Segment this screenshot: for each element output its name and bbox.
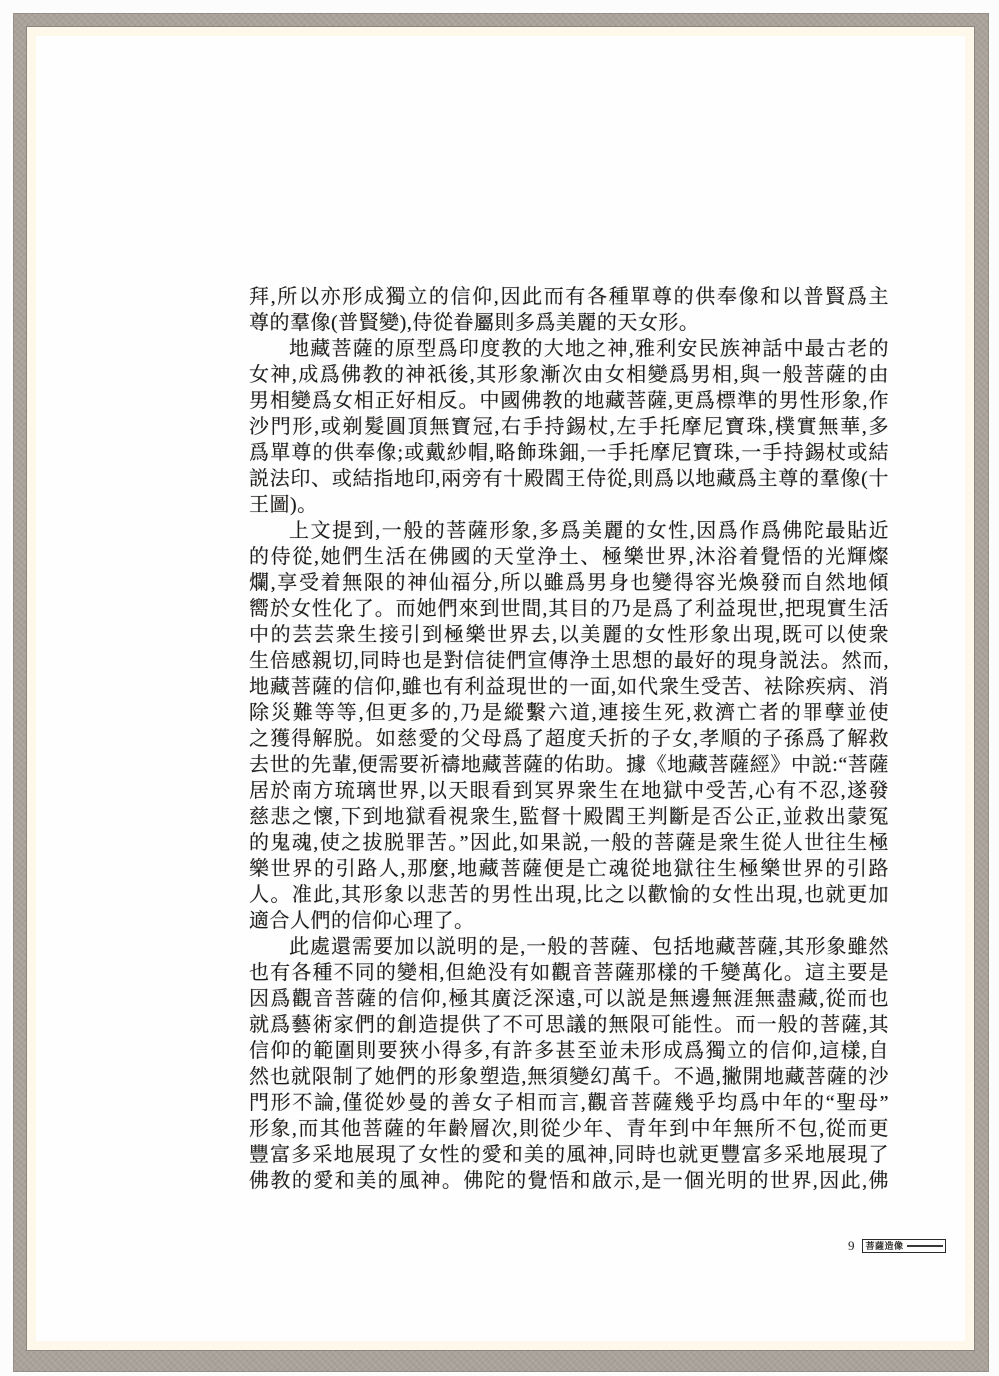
text-line: 説法印、或結指地印,兩旁有十殿閻王侍從,則爲以地藏爲主尊的羣像(十: [249, 466, 889, 492]
book-page: 拜,所以亦形成獨立的信仰,因此而有各種單尊的供奉像和以普賢爲主尊的羣像(普賢變)…: [36, 36, 965, 1341]
text-line: 此處還需要加以説明的是,一般的菩薩、包括地藏菩薩,其形象雖然: [249, 934, 889, 960]
running-title-box: 菩薩造像: [862, 1239, 947, 1253]
text-line: 地藏菩薩的信仰,雖也有利益現世的一面,如代衆生受苦、袪除疾病、消: [249, 674, 889, 700]
text-line: 信仰的範圍則要狹小得多,有許多甚至並未形成爲獨立的信仰,這樣,自: [249, 1038, 889, 1064]
text-line: 也有各種不同的變相,但絶没有如觀音菩薩那樣的千變萬化。這主要是: [249, 960, 889, 986]
text-line: 男相變爲女相正好相反。中國佛教的地藏菩薩,更爲標準的男性形象,作: [249, 388, 889, 414]
page-footer: 9 菩薩造像: [848, 1238, 946, 1254]
text-line: 沙門形,或剃髮圓頂無寶冠,右手持錫杖,左手托摩尼寶珠,樸實無華,多: [249, 414, 889, 440]
text-line: 慈悲之懷,下到地獄看視衆生,監督十殿閻王判斷是否公正,並救出蒙冤: [249, 804, 889, 830]
text-line: 居於南方琉璃世界,以天眼看到冥界衆生在地獄中受苦,心有不忍,遂發: [249, 778, 889, 804]
text-line: 生倍感親切,同時也是對信徒們宣傳浄土思想的最好的現身説法。然而,: [249, 648, 889, 674]
text-line: 因爲觀音菩薩的信仰,極其廣泛深遠,可以説是無邊無涯無盡藏,從而也: [249, 986, 889, 1012]
text-line: 然也就限制了她們的形象塑造,無須變幻萬千。不過,撇開地藏菩薩的沙: [249, 1064, 889, 1090]
text-line: 的鬼魂,使之拔脱罪苦。”因此,如果説,一般的菩薩是衆生從人世往生極: [249, 830, 889, 856]
inner-mat: 拜,所以亦形成獨立的信仰,因此而有各種單尊的供奉像和以普賢爲主尊的羣像(普賢變)…: [27, 27, 974, 1350]
text-line: 適合人們的信仰心理了。: [249, 908, 889, 934]
text-line: 王圖)。: [249, 492, 889, 518]
text-line: 女神,成爲佛教的神祇後,其形象漸次由女相變爲男相,與一般菩薩的由: [249, 362, 889, 388]
text-line: 上文提到,一般的菩薩形象,多爲美麗的女性,因爲作爲佛陀最貼近: [249, 518, 889, 544]
page-number: 9: [848, 1238, 855, 1254]
text-line: 爲單尊的供奉像;或戴紗帽,略飾珠鈿,一手托摩尼寶珠,一手持錫杖或結: [249, 440, 889, 466]
text-line: 之獲得解脱。如慈愛的父母爲了超度夭折的子女,孝順的子孫爲了解救: [249, 726, 889, 752]
text-line: 佛教的愛和美的風神。佛陀的覺悟和啟示,是一個光明的世界,因此,佛: [249, 1168, 889, 1194]
text-line: 的侍從,她們生活在佛國的天堂浄土、極樂世界,沐浴着覺悟的光輝燦: [249, 544, 889, 570]
text-line: 爛,享受着無限的神仙福分,所以雖爲男身也變得容光煥發而自然地傾: [249, 570, 889, 596]
text-line: 樂世界的引路人,那麼,地藏菩薩便是亡魂從地獄往生極樂世界的引路: [249, 856, 889, 882]
text-line: 就爲藝術家們的創造提供了不可思議的無限可能性。而一般的菩薩,其: [249, 1012, 889, 1038]
text-line: 拜,所以亦形成獨立的信仰,因此而有各種單尊的供奉像和以普賢爲主: [249, 284, 889, 310]
text-line: 豐富多采地展現了女性的愛和美的風神,同時也就更豐富多采地展現了: [249, 1142, 889, 1168]
text-line: 門形不論,僅從妙曼的善女子相而言,觀音菩薩幾乎均爲中年的“聖母”: [249, 1090, 889, 1116]
text-line: 中的芸芸衆生接引到極樂世界去,以美麗的女性形象出現,既可以使衆: [249, 622, 889, 648]
running-title: 菩薩造像: [866, 1242, 904, 1251]
text-line: 嚮於女性化了。而她們來到世間,其目的乃是爲了利益現世,把現實生活: [249, 596, 889, 622]
text-line: 地藏菩薩的原型爲印度教的大地之神,雅利安民族神話中最古老的: [249, 336, 889, 362]
paragraph: 上文提到,一般的菩薩形象,多爲美麗的女性,因爲作爲佛陀最貼近的侍從,她們生活在佛…: [249, 518, 889, 934]
decorative-border-frame: 拜,所以亦形成獨立的信仰,因此而有各種單尊的供奉像和以普賢爲主尊的羣像(普賢變)…: [13, 13, 989, 1372]
text-block: 拜,所以亦形成獨立的信仰,因此而有各種單尊的供奉像和以普賢爲主尊的羣像(普賢變)…: [249, 284, 889, 1194]
text-line: 尊的羣像(普賢變),侍從眷屬則多爲美麗的天女形。: [249, 310, 889, 336]
title-box-rule: [907, 1245, 943, 1247]
paragraph: 拜,所以亦形成獨立的信仰,因此而有各種單尊的供奉像和以普賢爲主尊的羣像(普賢變)…: [249, 284, 889, 336]
text-line: 去世的先輩,便需要祈禱地藏菩薩的佑助。據《地藏菩薩經》中説:“菩薩: [249, 752, 889, 778]
text-line: 人。准此,其形象以悲苦的男性出現,比之以歡愉的女性出現,也就更加: [249, 882, 889, 908]
paragraph: 地藏菩薩的原型爲印度教的大地之神,雅利安民族神話中最古老的女神,成爲佛教的神祇後…: [249, 336, 889, 518]
text-line: 除災難等等,但更多的,乃是縱繫六道,連接生死,救濟亡者的罪孽並使: [249, 700, 889, 726]
text-line: 形象,而其他菩薩的年齡層次,則從少年、青年到中年無所不包,從而更: [249, 1116, 889, 1142]
paragraph: 此處還需要加以説明的是,一般的菩薩、包括地藏菩薩,其形象雖然也有各種不同的變相,…: [249, 934, 889, 1194]
